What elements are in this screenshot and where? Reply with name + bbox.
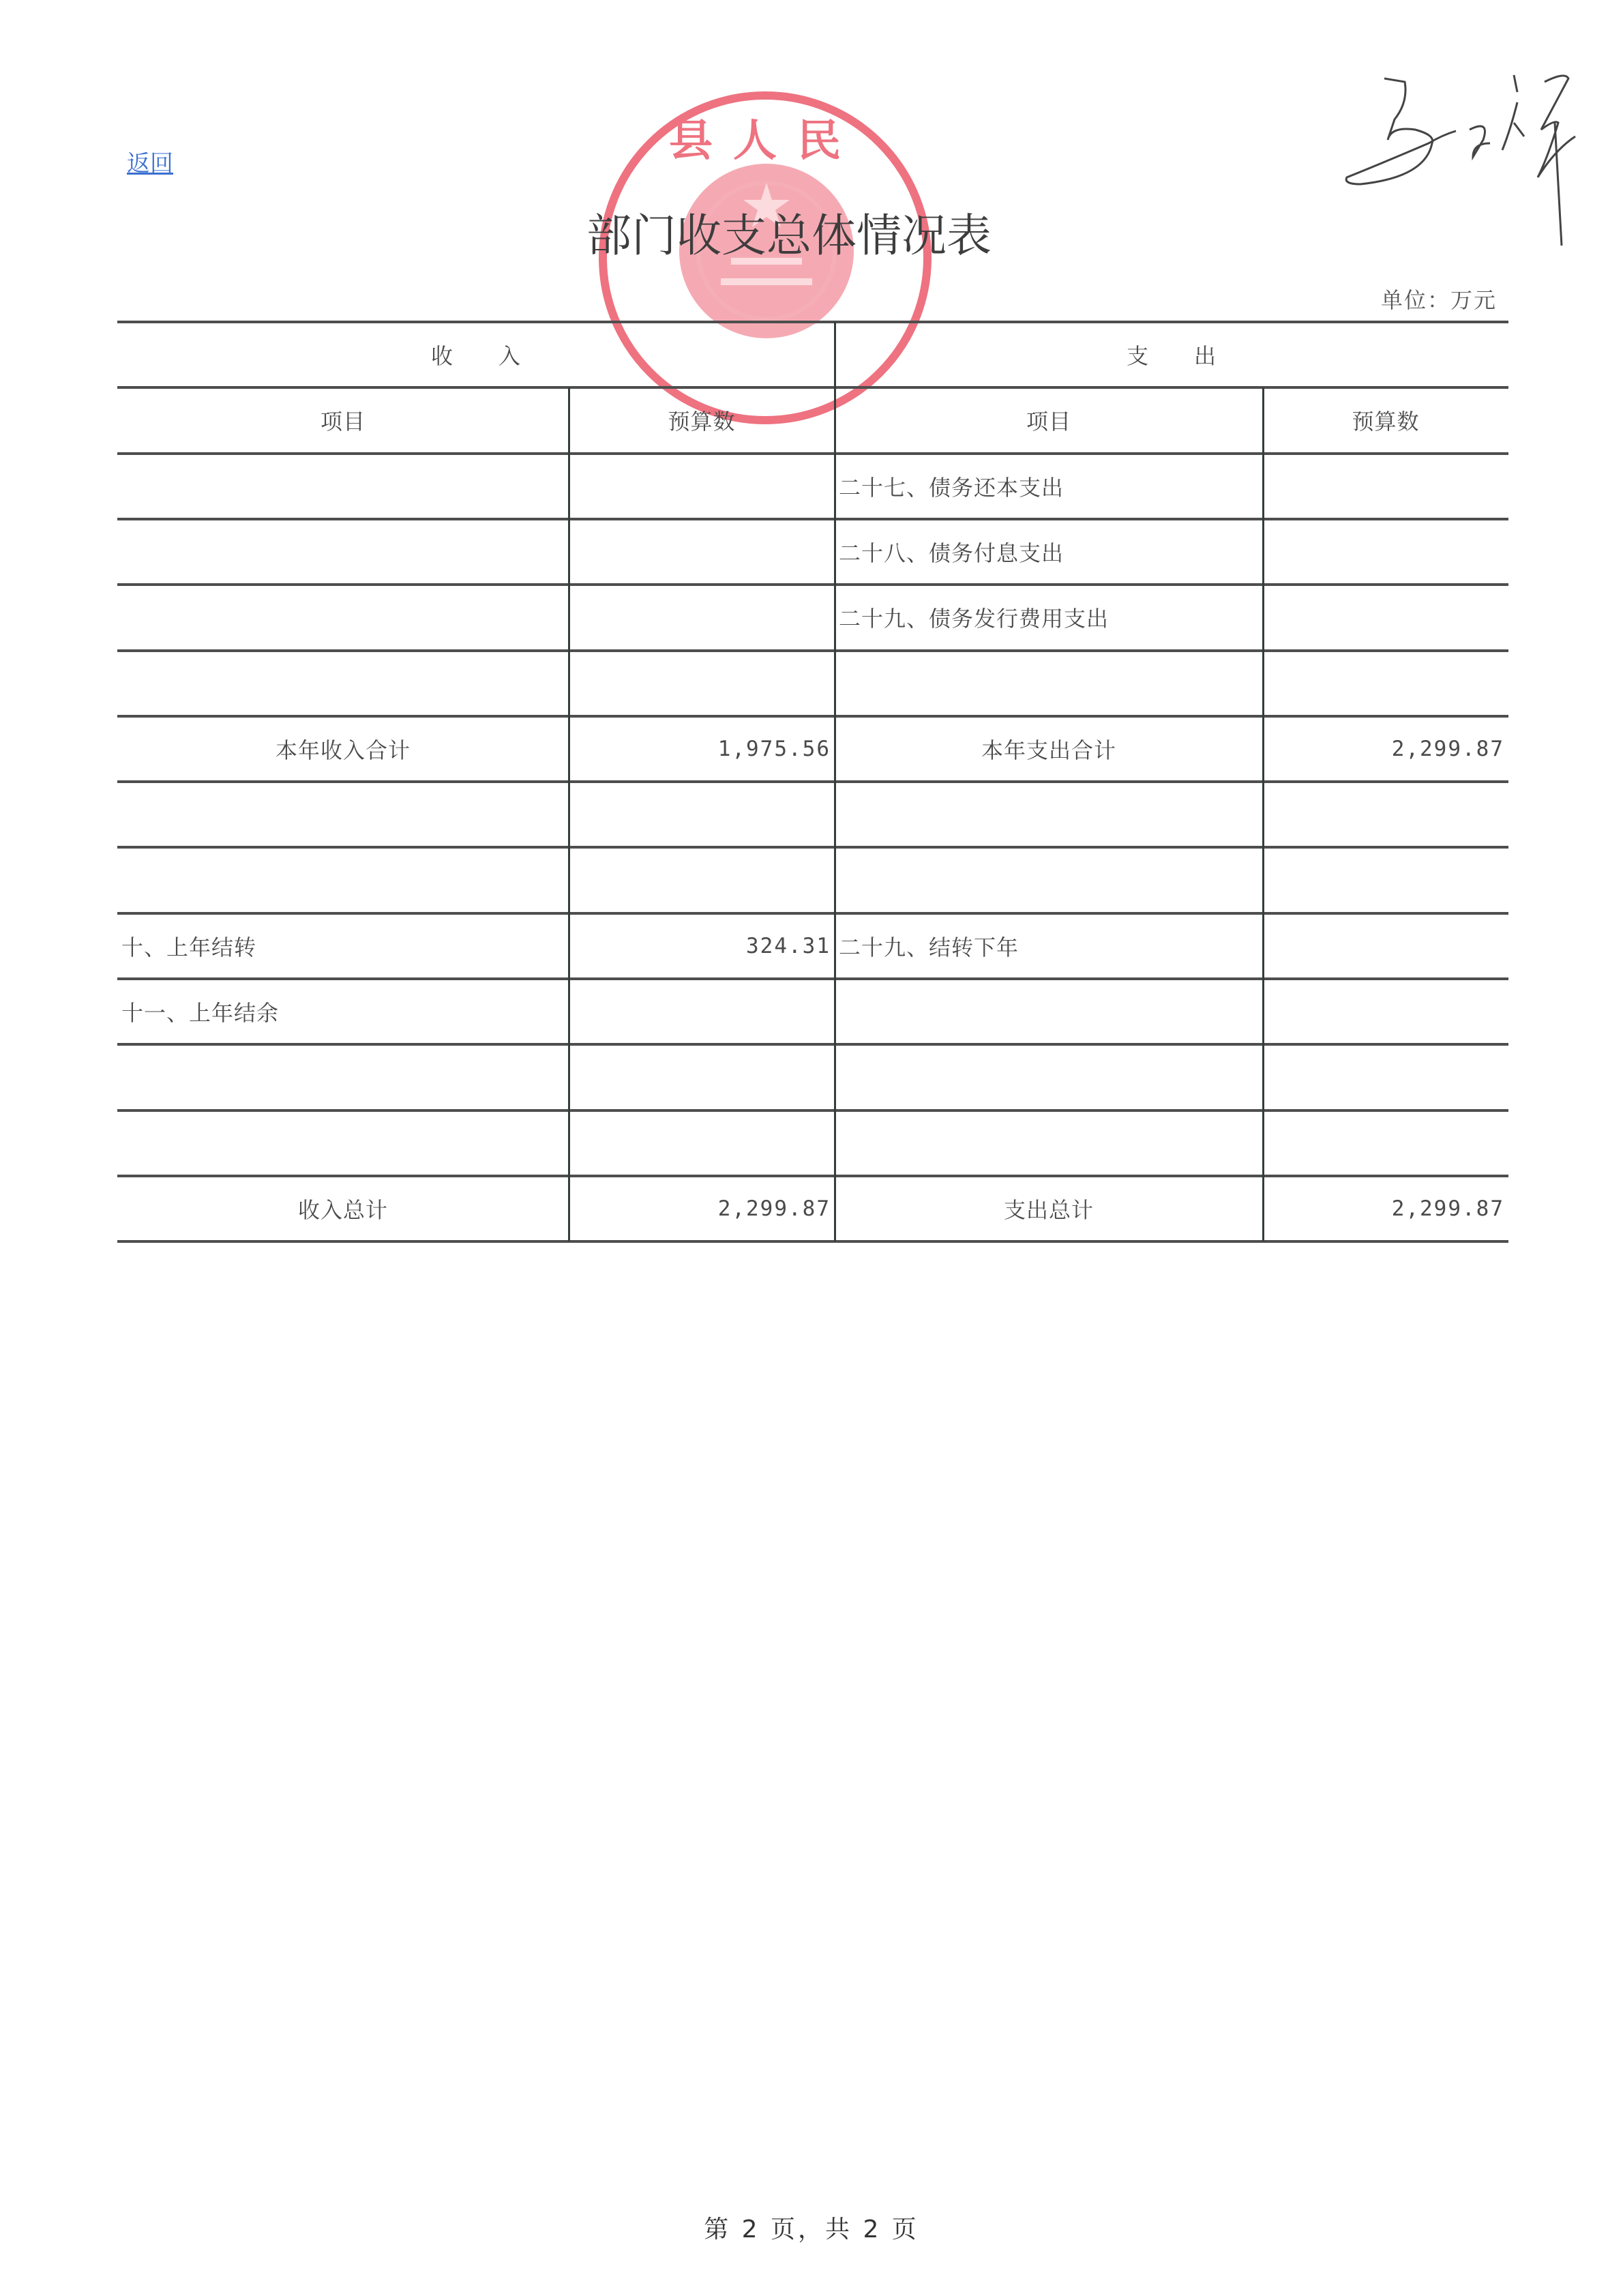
income-amount-cell <box>569 651 835 716</box>
expense-amount-cell <box>1263 979 1508 1044</box>
income-item-cell: 收入总计 <box>117 1176 569 1241</box>
expense-item-cell <box>835 979 1263 1044</box>
income-amount-cell: 2,299.87 <box>569 1176 835 1241</box>
income-item-cell <box>117 651 569 716</box>
expense-item-cell <box>835 1044 1263 1110</box>
expense-item-cell: 二十八、债务付息支出 <box>835 519 1263 585</box>
expense-item-cell: 本年支出合计 <box>835 716 1263 782</box>
income-item-cell: 十一、上年结余 <box>117 979 569 1044</box>
expense-amount-cell <box>1263 913 1508 979</box>
income-amount-cell <box>569 782 835 847</box>
expense-amount-cell <box>1263 651 1508 716</box>
income-amount-cell <box>569 519 835 585</box>
section-header-income: 收 入 <box>117 322 835 387</box>
expense-item-cell: 二十九、债务发行费用支出 <box>835 585 1263 650</box>
expense-item-cell: 二十九、结转下年 <box>835 913 1263 979</box>
income-item-cell <box>117 454 569 519</box>
expense-amount-cell <box>1263 1044 1508 1110</box>
column-header-expense-item: 项目 <box>835 387 1263 453</box>
income-amount-cell: 324.31 <box>569 913 835 979</box>
income-amount-cell <box>569 585 835 650</box>
back-link[interactable]: 返回 <box>127 145 173 178</box>
expense-item-cell: 二十七、债务还本支出 <box>835 454 1263 519</box>
income-item-cell <box>117 847 569 913</box>
expense-amount-cell <box>1263 782 1508 847</box>
pagination: 第 2 页，共 2 页 <box>0 2210 1623 2245</box>
income-amount-cell <box>569 1044 835 1110</box>
income-item-cell <box>117 519 569 585</box>
page-title: 部门收支总体情况表 <box>586 199 1050 264</box>
expense-item-cell <box>835 847 1263 913</box>
income-amount-cell <box>569 1110 835 1176</box>
signature-icon <box>1320 55 1606 259</box>
expense-amount-cell <box>1263 847 1508 913</box>
income-item-cell: 本年收入合计 <box>117 716 569 782</box>
expense-amount-cell <box>1263 519 1508 585</box>
income-item-cell <box>117 585 569 650</box>
expense-item-cell <box>835 1110 1263 1176</box>
unit-label: 单位：万元 <box>1381 283 1497 314</box>
column-header-income-amount: 预算数 <box>569 387 835 453</box>
income-amount-cell <box>569 847 835 913</box>
income-item-cell: 十、上年结转 <box>117 913 569 979</box>
income-amount-cell <box>569 979 835 1044</box>
expense-amount-cell <box>1263 454 1508 519</box>
expense-item-cell <box>835 651 1263 716</box>
section-header-expense: 支 出 <box>835 322 1508 387</box>
column-header-expense-amount: 预算数 <box>1263 387 1508 453</box>
expense-item-cell <box>835 782 1263 847</box>
expense-amount-cell: 2,299.87 <box>1263 1176 1508 1241</box>
expense-item-cell: 支出总计 <box>835 1176 1263 1241</box>
income-item-cell <box>117 782 569 847</box>
svg-text:县人民: 县人民 <box>669 116 861 166</box>
expense-amount-cell <box>1263 585 1508 650</box>
income-item-cell <box>117 1110 569 1176</box>
expense-amount-cell <box>1263 1110 1508 1176</box>
expense-amount-cell: 2,299.87 <box>1263 716 1508 782</box>
income-item-cell <box>117 1044 569 1110</box>
income-amount-cell <box>569 454 835 519</box>
column-header-income-item: 项目 <box>117 387 569 453</box>
income-amount-cell: 1,975.56 <box>569 716 835 782</box>
